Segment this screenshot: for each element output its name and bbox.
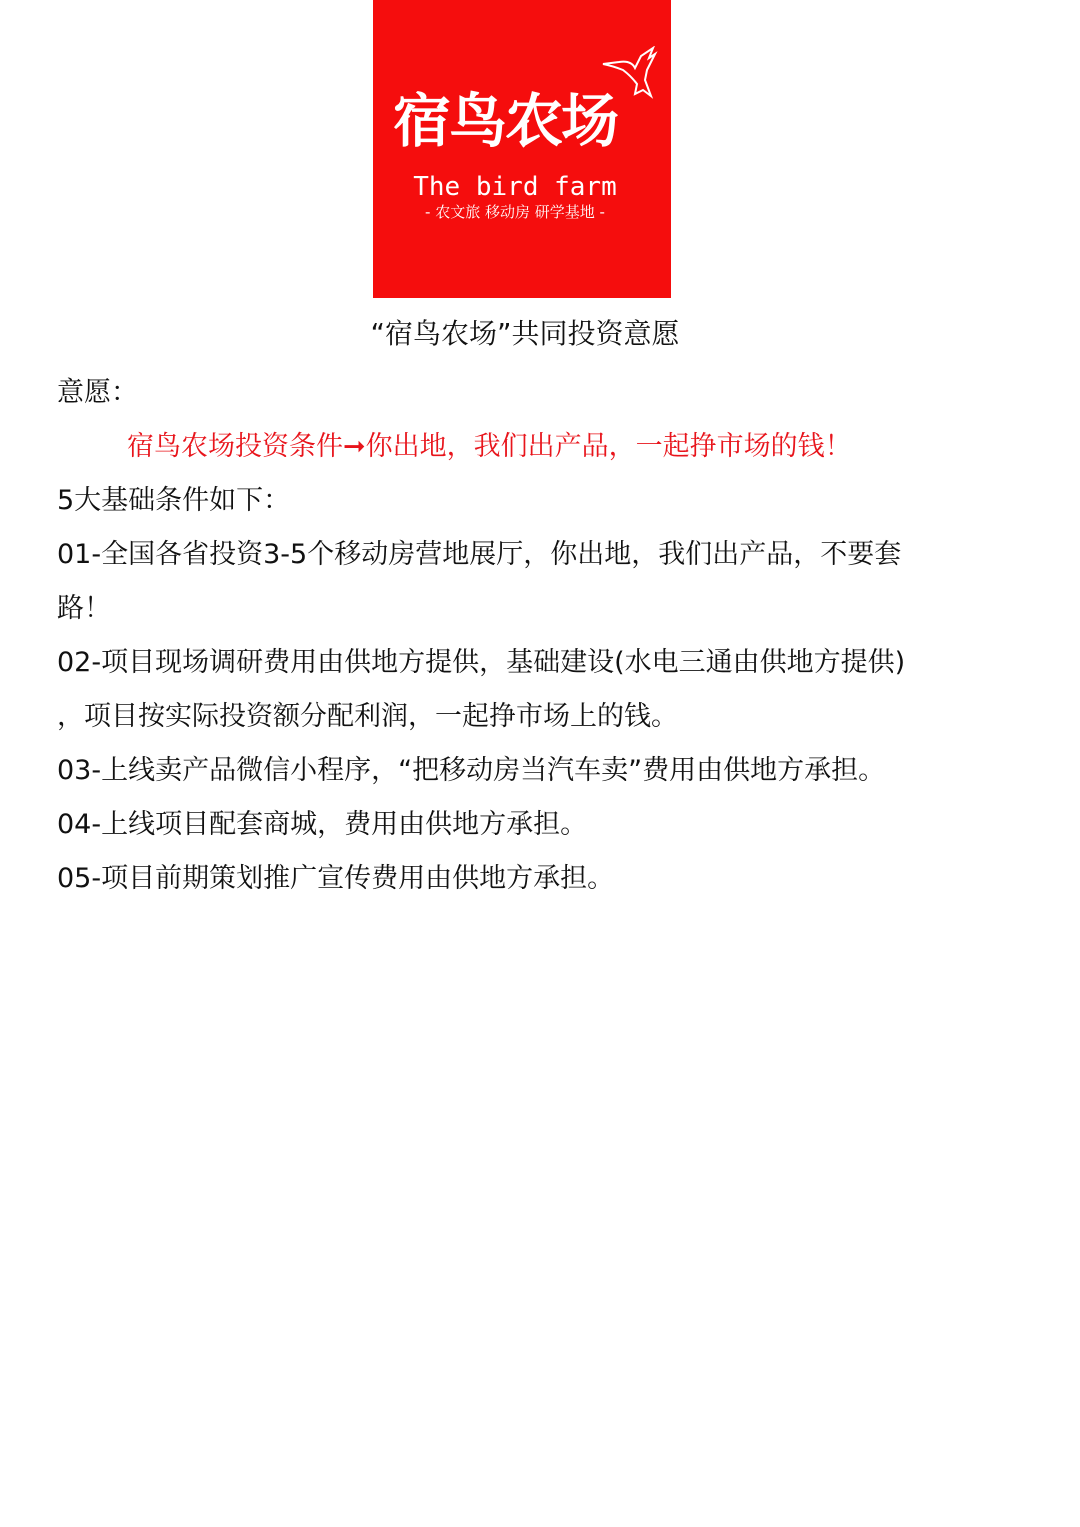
conditions-heading: 5大基础条件如下：	[57, 481, 290, 521]
condition-02-line1: 02-项目现场调研费用由供地方提供，基础建设(水电三通由供地方提供)	[57, 643, 905, 683]
highlight-statement: 宿鸟农场投资条件➞你出地，我们出产品，一起挣市场的钱！	[127, 427, 852, 467]
document-title: “宿鸟农场”共同投资意愿	[0, 314, 1050, 354]
condition-05: 05-项目前期策划推广宣传费用由供地方承担。	[57, 859, 614, 899]
condition-04: 04-上线项目配套商城，费用由供地方承担。	[57, 805, 587, 845]
condition-03: 03-上线卖产品微信小程序，“把移动房当汽车卖”费用由供地方承担。	[57, 751, 885, 791]
intent-label: 意愿：	[57, 373, 138, 413]
logo-title-en: The bird farm	[373, 174, 657, 200]
logo-subtitle: - 农文旅 移动房 研学基地 -	[373, 205, 657, 220]
logo-title-cn: 宿鸟农场	[393, 92, 633, 150]
condition-01-line1: 01-全国各省投资3-5个移动房营地展厅，你出地，我们出产品，不要套	[57, 535, 901, 575]
brand-logo: 宿鸟农场 The bird farm - 农文旅 移动房 研学基地 -	[373, 0, 671, 298]
condition-02-line2: ，项目按实际投资额分配利润，一起挣市场上的钱。	[57, 697, 678, 737]
condition-01-line2: 路！	[57, 589, 111, 629]
